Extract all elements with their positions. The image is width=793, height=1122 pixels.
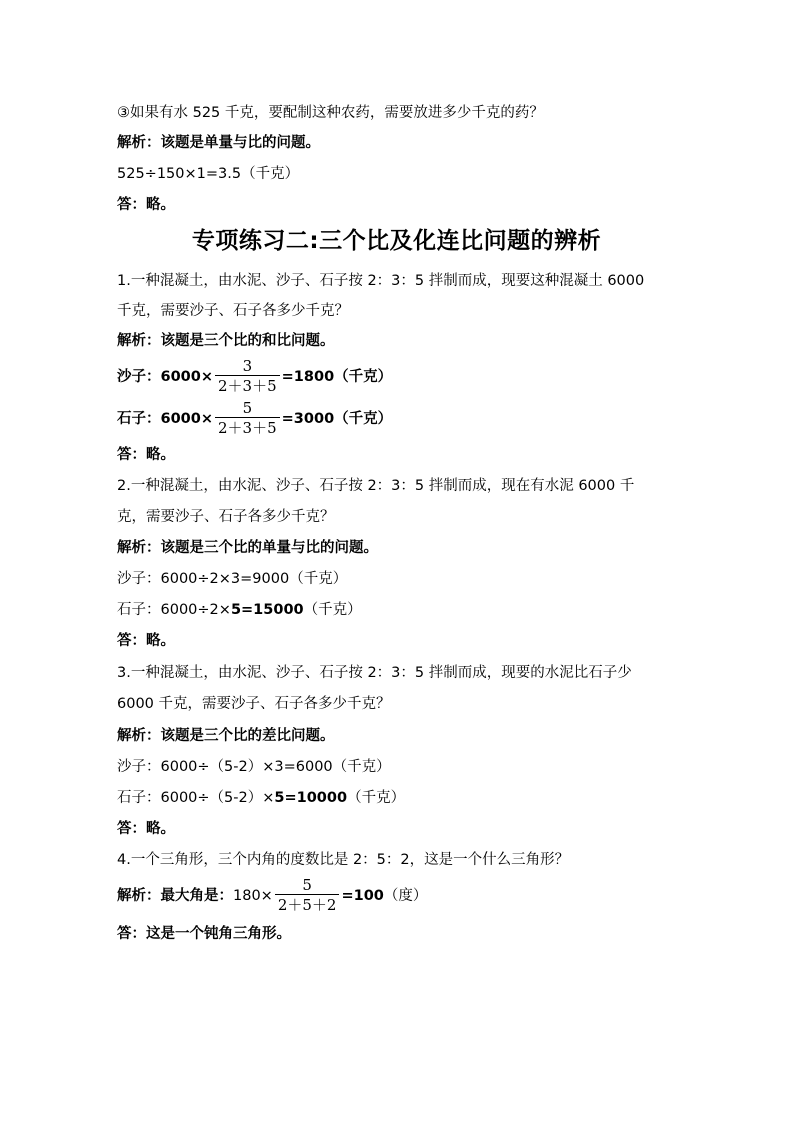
analysis-text: 解析：该题是单量与比的问题。 (117, 133, 320, 153)
problem-4-answer: 答：这是一个钝角三角形。 (117, 924, 291, 944)
fraction-numerator: 5 (215, 399, 280, 417)
fraction-denominator: 2＋5＋2 (275, 894, 340, 914)
problem-2-question-line2: 克，需要沙子、石子各多少千克？ (117, 507, 335, 527)
problem-3-question-line1: 3.一种混凝土，由水泥、沙子、石子按 2：3：5 拌制而成，现要的水泥比石子少 (117, 663, 632, 683)
sand-label: 沙子：6000× (117, 369, 213, 385)
analysis-prefix: 180× (233, 888, 273, 904)
analysis-label: 解析：最大角是： (117, 888, 233, 904)
sand-result: =1800（千克） (282, 369, 393, 385)
problem-2-answer: 答：略。 (117, 631, 175, 651)
problem-1-answer: 答：略。 (117, 445, 175, 465)
fraction-denominator: 2＋3＋5 (215, 417, 280, 437)
problem-2-sand-formula: 沙子：6000÷2×3=9000（千克） (117, 569, 347, 589)
stone-result-bold: 5=10000 (274, 790, 347, 806)
analysis-unit: （度） (384, 888, 428, 904)
problem-2-question-line1: 2.一种混凝土，由水泥、沙子、石子按 2：3：5 拌制而成，现在有水泥 6000… (117, 476, 634, 496)
stone-unit: （千克） (304, 602, 362, 618)
stone-prefix: 石子：6000÷2× (117, 602, 231, 618)
fraction-numerator: 3 (215, 357, 280, 375)
stone-prefix: 石子：6000÷（5-2）× (117, 790, 274, 806)
problem-1-sand-formula: 沙子：6000×32＋3＋5=1800（千克） (117, 358, 392, 396)
problem-2-analysis: 解析：该题是三个比的单量与比的问题。 (117, 538, 378, 558)
fraction-denominator: 2＋3＋5 (215, 375, 280, 395)
problem-3-sand-formula: 沙子：6000÷（5-2）×3=6000（千克） (117, 757, 391, 777)
stone-label: 石子：6000× (117, 411, 213, 427)
problem-1-stone-formula: 石子：6000×52＋3＋5=3000（千克） (117, 400, 392, 438)
problem-3-analysis: 解析：该题是三个比的差比问题。 (117, 726, 335, 746)
document-page: ③如果有水 525 千克，要配制这种农药，需要放进多少千克的药？ 解析：该题是单… (0, 0, 793, 1122)
problem-1-question-line1: 1.一种混凝土，由水泥、沙子、石子按 2：3：5 拌制而成，现要这种混凝土 60… (117, 271, 644, 291)
section-heading: 专项练习二:三个比及化连比问题的辨析 (0, 226, 793, 256)
problem-2-stone-formula: 石子：6000÷2×5=15000（千克） (117, 600, 362, 620)
stone-unit: （千克） (347, 790, 405, 806)
answer-text: 答：略。 (117, 195, 175, 215)
fraction: 52＋5＋2 (275, 876, 340, 914)
stone-result-bold: 5=15000 (231, 602, 304, 618)
analysis-result: =100 (341, 888, 383, 904)
fraction: 52＋3＋5 (215, 399, 280, 437)
problem-1-analysis: 解析：该题是三个比的和比问题。 (117, 331, 335, 351)
problem-4-analysis: 解析：最大角是：180×52＋5＋2=100（度） (117, 877, 427, 915)
fraction-numerator: 5 (275, 876, 340, 894)
problem-3-stone-formula: 石子：6000÷（5-2）×5=10000（千克） (117, 788, 405, 808)
stone-result: =3000（千克） (282, 411, 393, 427)
question-text: ③如果有水 525 千克，要配制这种农药，需要放进多少千克的药？ (117, 103, 544, 123)
problem-1-question-line2: 千克，需要沙子、石子各多少千克？ (117, 301, 349, 321)
formula-text: 525÷150×1=3.5（千克） (117, 164, 299, 184)
problem-4-question: 4.一个三角形，三个内角的度数比是 2：5：2，这是一个什么三角形？ (117, 850, 569, 870)
fraction: 32＋3＋5 (215, 357, 280, 395)
problem-3-answer: 答：略。 (117, 819, 175, 839)
problem-3-question-line2: 6000 千克，需要沙子、石子各多少千克？ (117, 694, 391, 714)
